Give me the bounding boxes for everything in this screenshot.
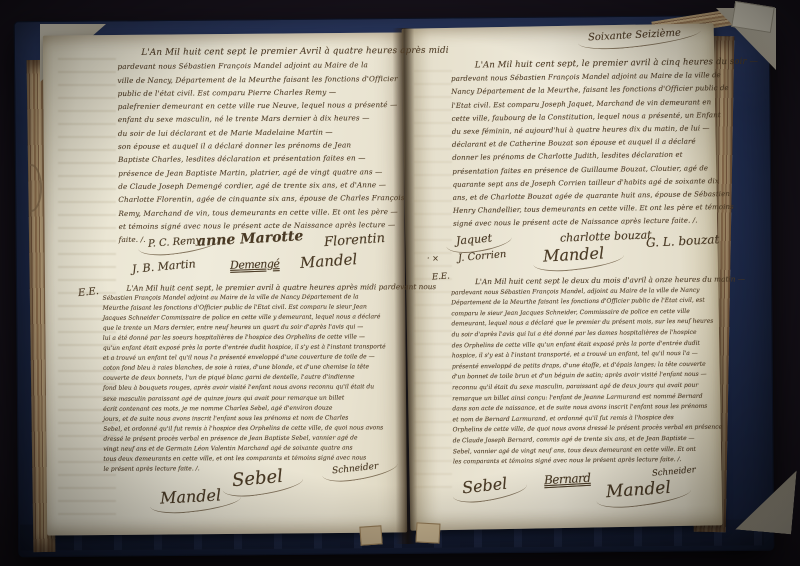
manuscript-line: Sebel, et ordonné qu'il fut remis à l'ho… [103, 423, 405, 435]
signature-remy: P. C. Remy [148, 235, 202, 250]
left-page-act1-text: L'An Mil huit cent sept le premier Avril… [117, 45, 406, 246]
manuscript-line: Charlotte Florentin, agée de cinquante s… [118, 191, 406, 206]
right-page-margin-note: E.E. [432, 271, 450, 282]
gutter-page-tab-left [359, 525, 382, 545]
signature-sebel-right: Sebel [461, 474, 508, 498]
right-page-act2-text: L'An Mil huit cent sept le deux du mois … [451, 275, 721, 468]
signature-sebel-left: Sebel [231, 466, 284, 491]
manuscript-line: enfant du sexe masculin, né le trente Ma… [118, 111, 406, 126]
signature-bernard: Bernard [544, 471, 591, 487]
signature-mandel-right-act1: Mandel [543, 243, 605, 265]
manuscript-book-photo: L'An Mil huit cent sept le premier Avril… [0, 0, 800, 566]
right-page-act1-text: L'An Mil huit cent sept, le premier avri… [451, 56, 721, 231]
left-page-margin-note: E.E. [77, 286, 99, 299]
signature-mandel-right-bottom: Mandel [605, 478, 671, 502]
signature-demenge: Demengé [230, 257, 280, 272]
manuscript-line: ville de Nancy, Département de la Meurth… [117, 72, 405, 87]
gutter-page-tab-right [415, 522, 440, 543]
left-page-act2-text: L'An Mil huit cent sept, le premier avri… [103, 282, 406, 474]
signature-jaquet: Jaquet [456, 231, 493, 247]
right-page-margin-marks: · × [427, 254, 439, 263]
manuscript-line: fond bleu à bouquets rouges, après avoir… [103, 383, 405, 395]
signature-mandel-left-bottom: Mandel [160, 485, 222, 507]
